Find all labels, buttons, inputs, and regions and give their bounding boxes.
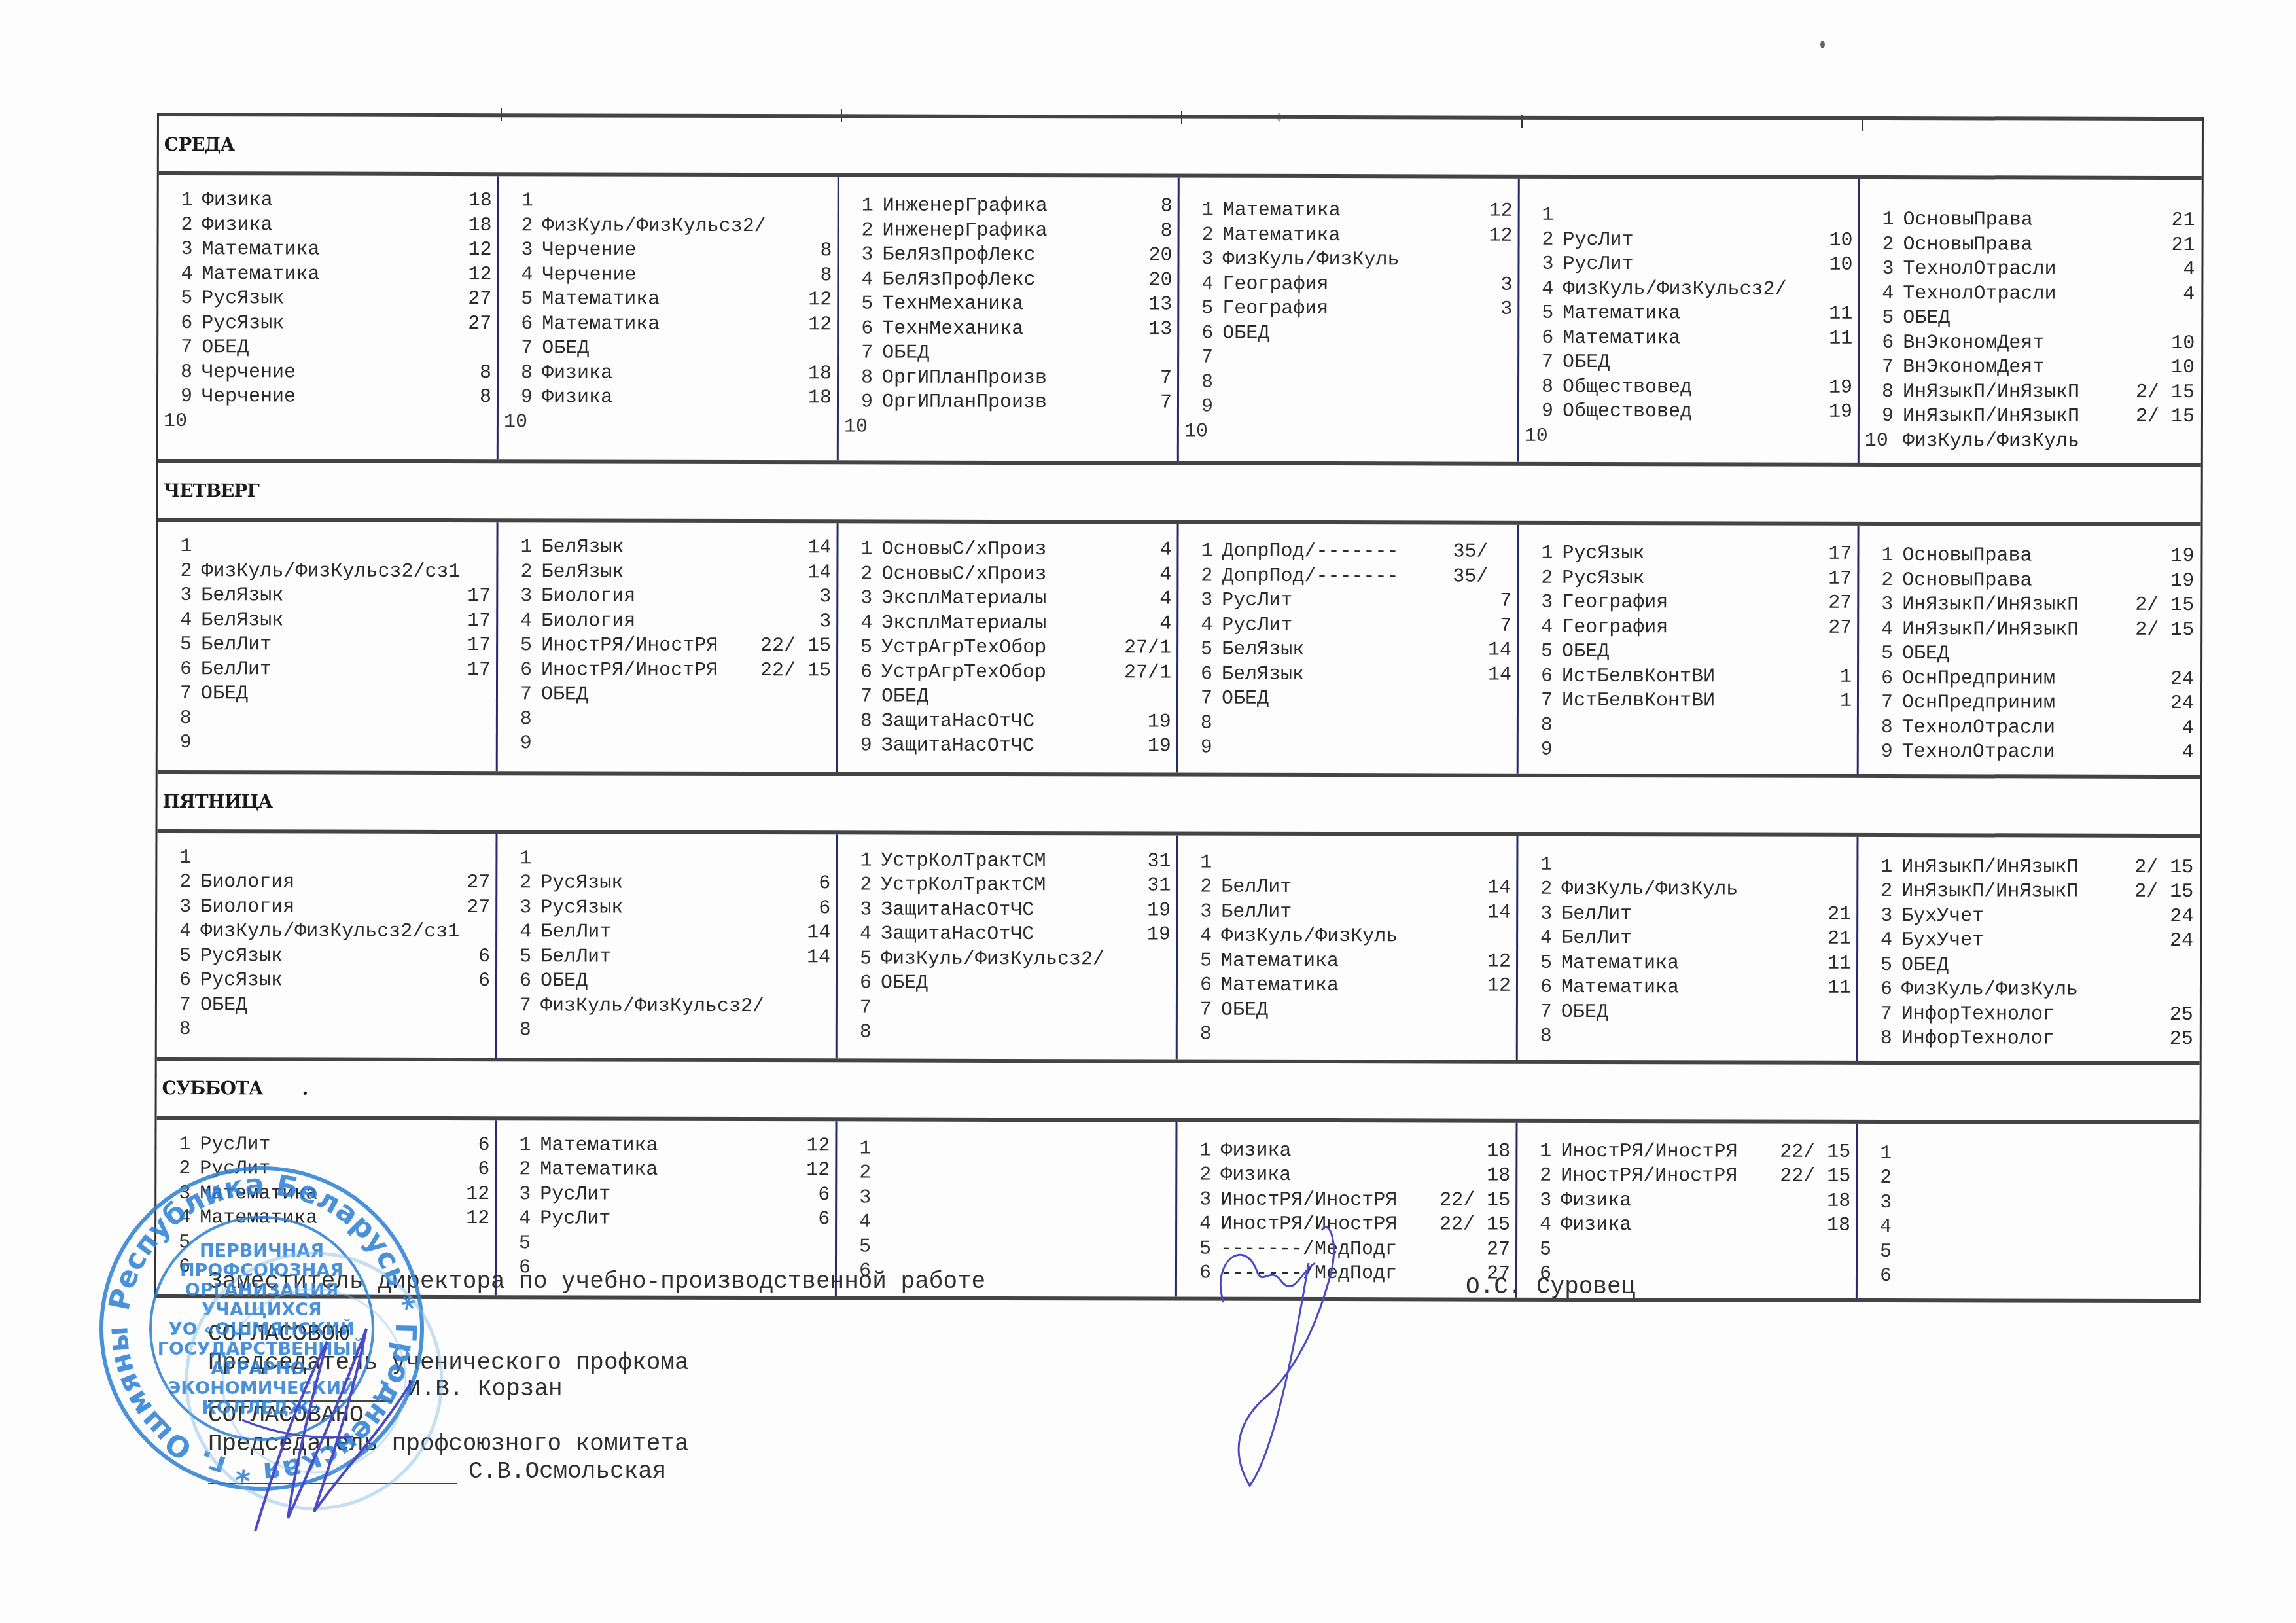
lesson-room: 14 — [1485, 901, 1511, 925]
lesson-row: 3БелЯзПрофЛекс20 — [844, 243, 1172, 268]
lesson-room — [1486, 396, 1512, 421]
lesson-row: 4 — [842, 1210, 1170, 1236]
lesson-number: 9 — [504, 385, 542, 410]
lesson-subject: БелЛит — [201, 633, 465, 658]
lesson-subject: ФизКуль/ФизКульсз2/ — [1563, 277, 1826, 302]
lesson-room: 2/ 15 — [2135, 594, 2194, 618]
lesson-row: 2РусЛит10 — [1525, 228, 1853, 253]
lesson-row: 9ЗащитаНасОтЧС19 — [843, 734, 1171, 759]
lesson-room: 14 — [1485, 663, 1511, 688]
lesson-number: 1 — [843, 849, 881, 874]
lesson-number: 3 — [1184, 589, 1222, 614]
lesson-number: 1 — [162, 1133, 200, 1158]
lesson-row: 5Математика11 — [1525, 302, 1852, 327]
lesson-row: 9 — [163, 731, 491, 757]
lesson-room — [1485, 999, 1511, 1024]
day-body: 1Физика182Физика183Математика124Математи… — [158, 175, 2202, 463]
lesson-subject: ОБЕД — [202, 336, 465, 361]
lesson-row: 3БухУчет24 — [1863, 904, 2193, 929]
lesson-room — [1146, 342, 1172, 366]
lesson-subject: ОБЕД — [542, 336, 805, 361]
lesson-row: 8 — [162, 1018, 490, 1043]
lesson-row: 1ИнженерГрафика8 — [845, 194, 1173, 219]
lesson-number: 4 — [163, 609, 201, 633]
lesson-subject — [1901, 1240, 2166, 1265]
lesson-subject — [1561, 853, 1825, 878]
lesson-row: 3ФизКуль/ФизКуль — [1184, 248, 1512, 274]
lesson-row: 5 — [502, 1232, 830, 1257]
lesson-room — [1826, 277, 1852, 302]
group-column: 1РусЯзык172РусЯзык173География274Географ… — [1519, 525, 1860, 774]
lesson-room — [1144, 1021, 1171, 1046]
lesson-row: 5ФизКуль/ФизКульсз2/ — [843, 947, 1171, 972]
lesson-number: 9 — [1865, 404, 1903, 429]
lesson-number: 5 — [1525, 302, 1563, 327]
lesson-subject — [880, 1235, 1144, 1260]
lesson-room — [1485, 925, 1511, 950]
lesson-number: 2 — [1183, 876, 1221, 901]
lesson-row: 8 — [1184, 370, 1512, 396]
lesson-subject: Математика — [542, 287, 805, 312]
lesson-subject — [542, 410, 805, 435]
lesson-row: 6БелЯзык14 — [1184, 662, 1511, 688]
group-column: 123456 — [1858, 1123, 2199, 1298]
lesson-number: 4 — [843, 611, 881, 636]
lesson-row: 4География3 — [1184, 272, 1512, 298]
lesson-room — [2166, 1265, 2193, 1290]
lesson-number: 6 — [1184, 662, 1222, 687]
lesson-number: 3 — [1523, 1188, 1561, 1213]
lesson-room: 22/ 15 — [1780, 1165, 1850, 1190]
lesson-subject: География — [1562, 591, 1826, 616]
lesson-row: 6 — [1863, 1264, 2193, 1290]
lesson-number: 4 — [164, 262, 202, 287]
lesson-row: 8Черчение8 — [164, 361, 491, 386]
lesson-subject: ИнЯзыкП/ИнЯзыкП — [1903, 404, 2136, 429]
lesson-subject: БелЯзПрофЛекс — [882, 268, 1146, 293]
lesson-room: 24 — [2167, 904, 2193, 929]
lesson-subject — [1563, 204, 1827, 228]
lesson-room — [1485, 737, 1511, 762]
lesson-number: 2 — [1523, 878, 1561, 902]
lesson-subject: РусЛит — [1222, 589, 1485, 614]
lesson-row: 3БелЯзык17 — [163, 584, 491, 609]
lesson-subject: ИнЯзыкП/ИнЯзыкП — [1901, 855, 2134, 880]
lesson-room — [465, 732, 491, 757]
lesson-subject: Физика — [1220, 1139, 1484, 1164]
lesson-number: 2 — [843, 562, 881, 587]
lesson-subject: УстрКолТрактСМ — [881, 849, 1144, 874]
lesson-room: 18 — [466, 189, 492, 214]
lesson-number: 1 — [1523, 853, 1561, 878]
lesson-room: 24 — [2168, 692, 2194, 717]
lesson-room: 10 — [1826, 253, 1852, 278]
lesson-number: 4 — [504, 263, 542, 288]
lesson-room: 11 — [1825, 976, 1851, 1001]
lesson-number: 10 — [844, 415, 882, 440]
lesson-subject — [540, 1018, 804, 1043]
lesson-room: 13 — [1146, 317, 1172, 342]
lesson-number: 6 — [1863, 978, 1901, 1003]
lesson-subject: ДопрПод/------- — [1222, 540, 1453, 565]
lesson-room — [464, 920, 490, 945]
lesson-row: 8 — [1524, 713, 1852, 739]
lesson-room: 11 — [1826, 327, 1852, 351]
lesson-subject — [1222, 395, 1486, 420]
day-header: СРЕДА — [159, 113, 2202, 180]
group-column: 12РусЛит103РусЛит104ФизКуль/ФизКульсз2/5… — [1519, 179, 1860, 463]
lesson-subject: ОснПредприним — [1902, 667, 2168, 692]
lesson-room: 20 — [1146, 268, 1172, 293]
lesson-subject: Математика — [1561, 951, 1825, 976]
lesson-subject: ИнфорТехнолог — [1901, 1027, 2167, 1052]
lesson-subject — [200, 1018, 464, 1043]
lesson-room: 8 — [465, 361, 491, 386]
lesson-row: 8 — [843, 1020, 1171, 1046]
lesson-subject: ТехнМеханика — [882, 317, 1146, 342]
lesson-subject: Математика — [540, 1133, 804, 1158]
lesson-subject: Физика — [1561, 1188, 1824, 1213]
lesson-number: 5 — [163, 633, 201, 658]
lesson-row: 6ОБЕД — [843, 971, 1171, 997]
lesson-row: 8ЗащитаНасОтЧС19 — [843, 709, 1171, 735]
lesson-subject: ОргИПланПроизв — [882, 366, 1146, 391]
lesson-subject: РусЯзык — [200, 944, 464, 969]
lesson-number: 8 — [1184, 370, 1222, 395]
lesson-subject: География — [1222, 272, 1486, 297]
lesson-row: 4БелЯзПрофЛекс20 — [844, 268, 1172, 293]
lesson-row: 10ФизКуль/ФизКуль — [1865, 429, 2195, 454]
lesson-row: 5ОБЕД — [1865, 306, 2195, 332]
lesson-row: 6ВнЭкономДеят10 — [1865, 330, 2195, 356]
lesson-subject: ФизКуль/ФизКуль — [1901, 978, 2167, 1003]
lesson-room: 27 — [465, 287, 491, 312]
lesson-number: 7 — [1184, 346, 1222, 371]
lesson-number: 2 — [163, 560, 201, 584]
lesson-room: 19 — [2168, 569, 2194, 594]
lesson-subject — [1901, 1264, 2166, 1289]
lesson-row: 1РусЯзык17 — [1524, 542, 1852, 567]
lesson-room — [1826, 739, 1852, 764]
lesson-room — [1486, 420, 1512, 445]
lesson-subject: РусЯзык — [202, 312, 465, 336]
lesson-row: 2 — [842, 1161, 1170, 1186]
lesson-room — [806, 215, 832, 240]
lesson-room — [2166, 1240, 2193, 1265]
lesson-room: 8 — [805, 264, 832, 289]
lesson-subject — [202, 410, 465, 435]
lesson-room — [1827, 204, 1853, 229]
lesson-subject: БелЯзык — [1222, 662, 1485, 687]
lesson-subject: ОБЕД — [200, 993, 464, 1018]
lesson-number: 7 — [1184, 687, 1222, 712]
lesson-number: 6 — [162, 969, 200, 993]
lesson-room: 20 — [1146, 243, 1172, 268]
lesson-subject — [881, 996, 1144, 1021]
lesson-room — [1825, 1001, 1851, 1026]
lesson-number: 9 — [1524, 738, 1562, 763]
lesson-subject: Математика — [1223, 199, 1487, 224]
lesson-room: 27 — [1826, 616, 1852, 641]
lesson-row: 9Обществовед19 — [1525, 400, 1852, 425]
lesson-room — [1144, 1137, 1170, 1162]
lesson-room: 22/ 15 — [760, 634, 831, 659]
scan-speck — [1820, 41, 1825, 48]
lesson-room: 18 — [1824, 1214, 1850, 1239]
lesson-number: 1 — [1863, 855, 1901, 880]
lesson-subject: ИнЯзыкП/ИнЯзыкП — [1902, 593, 2135, 618]
lesson-room: 19 — [1144, 923, 1171, 948]
lesson-subject: РусЛит — [200, 1133, 463, 1158]
lesson-row: 4ЗащитаНасОтЧС19 — [843, 922, 1171, 948]
group-column: 1ИнженерГрафика82ИнженерГрафика83БелЯзПр… — [839, 177, 1180, 461]
lesson-subject: ОБЕД — [1222, 321, 1486, 346]
lesson-row: 7ОБЕД — [1523, 1000, 1851, 1026]
lesson-room: 21 — [2169, 233, 2195, 258]
lesson-row: 1ИностРЯ/ИностРЯ22/ 15 — [1523, 1139, 1850, 1165]
lesson-number: 6 — [1864, 666, 1902, 691]
lesson-number: 6 — [1863, 1264, 1901, 1289]
lesson-room — [465, 410, 491, 435]
lesson-row: 2БелЛит14 — [1183, 876, 1511, 901]
lesson-room — [1485, 1024, 1511, 1048]
lesson-room — [1144, 997, 1171, 1022]
lesson-subject: ИнфорТехнолог — [1901, 1003, 2167, 1027]
lesson-room — [1824, 1238, 1850, 1263]
lesson-row: 7ОБЕД — [1184, 687, 1511, 713]
lesson-row: 5Математика12 — [1183, 949, 1511, 974]
lesson-number: 7 — [503, 683, 541, 707]
lesson-row: 3Биология3 — [503, 584, 831, 610]
lesson-subject: РусЯзык — [202, 287, 465, 312]
lesson-number: 8 — [163, 707, 201, 732]
lesson-row: 2РусЯзык17 — [1524, 566, 1852, 592]
lesson-subject: БелЛит — [1561, 902, 1825, 927]
lesson-subject — [1222, 346, 1486, 371]
lesson-number: 2 — [1523, 1164, 1561, 1189]
lesson-number: 3 — [1863, 904, 1901, 929]
group-column: 1ИностРЯ/ИностРЯ22/ 152ИностРЯ/ИностРЯ22… — [1517, 1122, 1858, 1298]
lesson-number: 4 — [503, 609, 541, 634]
lesson-room: 10 — [2168, 356, 2195, 381]
lesson-row: 2ИнЯзыкП/ИнЯзыкП2/ 15 — [1863, 880, 2193, 905]
lesson-subject: ОБЕД — [881, 685, 1145, 710]
lesson-row: 4БелЛит21 — [1523, 927, 1851, 952]
lesson-subject: Обществовед — [1563, 375, 1826, 400]
lesson-room — [1826, 641, 1852, 666]
lesson-row: 2 — [1863, 1166, 2193, 1192]
lesson-room — [2166, 1142, 2193, 1167]
lesson-row: 2Биология27 — [162, 870, 490, 896]
day-name: СУББОТА — [162, 1077, 263, 1099]
lesson-subject: ЗащитаНасОтЧС — [881, 898, 1144, 923]
lesson-number: 3 — [844, 243, 882, 268]
lesson-subject — [542, 189, 806, 214]
lesson-subject: ОБЕД — [882, 342, 1146, 366]
lesson-row: 1БелЯзык14 — [503, 535, 831, 561]
lesson-row: 6Математика11 — [1523, 976, 1851, 1001]
lesson-room — [465, 683, 491, 707]
lesson-room — [2166, 1216, 2193, 1241]
lesson-subject: РусЯзык — [200, 969, 464, 993]
day-name: СРЕДА — [164, 134, 234, 155]
lesson-row: 6УстрАгрТехОбор27/1 — [843, 660, 1171, 686]
lesson-number: 1 — [1525, 204, 1563, 228]
lesson-room — [1826, 425, 1852, 450]
lesson-number: 6 — [1184, 321, 1222, 346]
lesson-number: 4 — [1864, 617, 1902, 642]
lesson-number: 4 — [502, 1207, 540, 1232]
lesson-row: 1 — [842, 1137, 1170, 1162]
lesson-subject — [1901, 1191, 2166, 1216]
lesson-subject: ОсновыС/хПроиз — [881, 562, 1145, 587]
lesson-number: 3 — [163, 584, 201, 609]
lesson-subject: Математика — [1221, 949, 1485, 974]
lesson-subject: Математика — [542, 312, 805, 337]
lesson-number: 2 — [1182, 1164, 1220, 1188]
group-column: 1ОсновыС/хПроиз42ОсновыС/хПроиз43ЭксплМа… — [838, 523, 1179, 772]
lesson-number: 7 — [163, 682, 201, 707]
lesson-subject — [201, 535, 465, 560]
lesson-subject: Математика — [1223, 223, 1487, 248]
lesson-room: 12 — [1487, 200, 1513, 224]
lesson-row: 5Математика12 — [504, 287, 832, 313]
lesson-number: 5 — [1524, 640, 1562, 665]
lesson-row: 4ЭксплМатериалы4 — [843, 611, 1171, 637]
lesson-row: 5УстрАгрТехОбор27/1 — [843, 635, 1171, 661]
lesson-number: 4 — [162, 919, 200, 944]
lesson-number: 4 — [1184, 272, 1222, 297]
lesson-subject — [881, 1021, 1144, 1046]
lesson-number: 5 — [1864, 642, 1902, 667]
lesson-number: 2 — [162, 870, 200, 895]
lesson-subject: Физика — [1561, 1213, 1824, 1238]
lesson-subject — [1561, 1025, 1825, 1050]
lesson-number: 3 — [1864, 593, 1902, 618]
group-column: 12ФизКуль/ФизКуль3БелЛит214БелЛит215Мате… — [1518, 836, 1859, 1060]
lesson-row: 3География27 — [1524, 591, 1852, 616]
lesson-number: 1 — [843, 537, 881, 562]
lesson-row: 4РусЛит7 — [1184, 613, 1511, 639]
lesson-row: 1 — [1863, 1141, 2193, 1167]
lesson-row: 1ИнЯзыкП/ИнЯзыкП2/ 15 — [1863, 855, 2193, 880]
lesson-room: 12 — [1485, 974, 1511, 999]
lesson-row: 9ОргИПланПроизв7 — [844, 390, 1172, 416]
lesson-room: 12 — [1485, 950, 1511, 974]
lesson-row: 10 — [164, 410, 491, 435]
lesson-subject: ФизКуль/ФизКульсз2/ — [542, 214, 806, 239]
lesson-subject: ОБЕД — [1561, 1000, 1825, 1025]
lesson-room: 6 — [804, 897, 830, 921]
lesson-subject: Биология — [541, 609, 805, 634]
lesson-row: 7ОБЕД — [164, 336, 491, 361]
lesson-room — [1486, 371, 1512, 396]
lesson-subject: Черчение — [542, 263, 805, 288]
lesson-row: 3ИнЯзыкП/ИнЯзыкП2/ 15 — [1864, 593, 2194, 618]
lesson-number: 8 — [1525, 375, 1563, 400]
lesson-room: 2/ 15 — [2136, 380, 2195, 405]
lesson-row: 4ФизКуль/ФизКульсз2/ — [1525, 277, 1852, 302]
lesson-room: 31 — [1144, 874, 1171, 899]
lesson-number: 2 — [502, 1158, 540, 1183]
lesson-subject — [540, 1232, 804, 1257]
lesson-subject — [880, 1162, 1144, 1186]
lesson-number: 4 — [1863, 929, 1901, 954]
lesson-number: 1 — [1185, 199, 1223, 224]
lesson-room — [1144, 948, 1171, 972]
lesson-subject: РусЛит — [540, 1207, 804, 1232]
group-column: 1УстрКолТрактСМ312УстрКолТрактСМ313Защит… — [838, 834, 1178, 1059]
lesson-room — [805, 337, 832, 362]
lesson-subject: РусЛит — [1563, 253, 1826, 277]
lesson-number: 6 — [1525, 326, 1563, 351]
lesson-room — [806, 190, 832, 215]
lesson-room: 3 — [1486, 298, 1512, 323]
lesson-number: 2 — [504, 214, 542, 239]
lesson-room: 7 — [1146, 391, 1172, 416]
lesson-number: 3 — [503, 896, 540, 921]
lesson-subject: Математика — [1563, 302, 1826, 327]
lesson-subject: ОБЕД — [1903, 306, 2168, 331]
lesson-room — [1144, 1236, 1170, 1260]
lesson-subject: ЭксплМатериалы — [881, 587, 1145, 612]
lesson-room — [464, 994, 490, 1019]
lesson-subject: ИстБелвКонтВИ — [1562, 664, 1826, 689]
lesson-row: 6Математика12 — [1183, 974, 1511, 999]
lesson-number: 4 — [1865, 281, 1903, 306]
lesson-subject: ОсновыПрава — [1903, 233, 2169, 258]
lesson-row: 2Математика12 — [1185, 223, 1513, 249]
lesson-number: 6 — [503, 658, 541, 683]
lesson-number: 8 — [844, 366, 882, 391]
lesson-subject: ИнЯзыкП/ИнЯзыкП — [1901, 880, 2134, 904]
lesson-subject — [1221, 1023, 1485, 1048]
lesson-subject — [1222, 419, 1486, 444]
lesson-row: 3 — [1863, 1190, 2193, 1216]
lesson-room: 22/ 15 — [1439, 1213, 1510, 1238]
lesson-row: 3 — [842, 1186, 1170, 1211]
lesson-number: 5 — [503, 633, 541, 658]
lesson-subject — [1562, 738, 1826, 763]
lesson-subject: ИностРЯ/ИностРЯ — [541, 658, 760, 683]
day-header: СУББОТА. — [157, 1057, 2200, 1124]
lesson-subject: БухУчет — [1901, 929, 2167, 954]
lesson-number: 2 — [164, 213, 202, 238]
lesson-row: 7ВнЭкономДеят10 — [1865, 355, 2195, 381]
lesson-subject: ДопрПод/------- — [1222, 564, 1453, 589]
lesson-subject — [200, 846, 464, 871]
lesson-number: 9 — [1864, 740, 1902, 765]
lesson-number: 2 — [845, 219, 883, 243]
lesson-row: 8ОргИПланПроизв7 — [844, 366, 1172, 391]
day-name: ЧЕТВЕРГ — [164, 480, 259, 501]
lesson-subject: ОБЕД — [541, 683, 805, 707]
lesson-number: 9 — [164, 385, 202, 410]
lesson-subject: БелЛит — [1221, 900, 1485, 925]
lesson-row: 7ОБЕД — [504, 336, 832, 362]
lesson-row: 4 — [1863, 1215, 2193, 1241]
lesson-subject: ОсновыПрава — [1902, 569, 2168, 594]
lesson-subject: ОсновыПрава — [1903, 208, 2169, 233]
lesson-room: 4 — [2168, 716, 2194, 741]
lesson-row: 1 — [162, 846, 490, 872]
lesson-room — [2167, 978, 2193, 1003]
lesson-row: 1ДопрПод/-------35/ — [1184, 540, 1511, 565]
lesson-number: 1 — [163, 535, 201, 560]
lesson-number: 3 — [843, 898, 881, 923]
lesson-number: 3 — [1523, 902, 1561, 927]
lesson-row: 7ОБЕД — [844, 341, 1172, 366]
